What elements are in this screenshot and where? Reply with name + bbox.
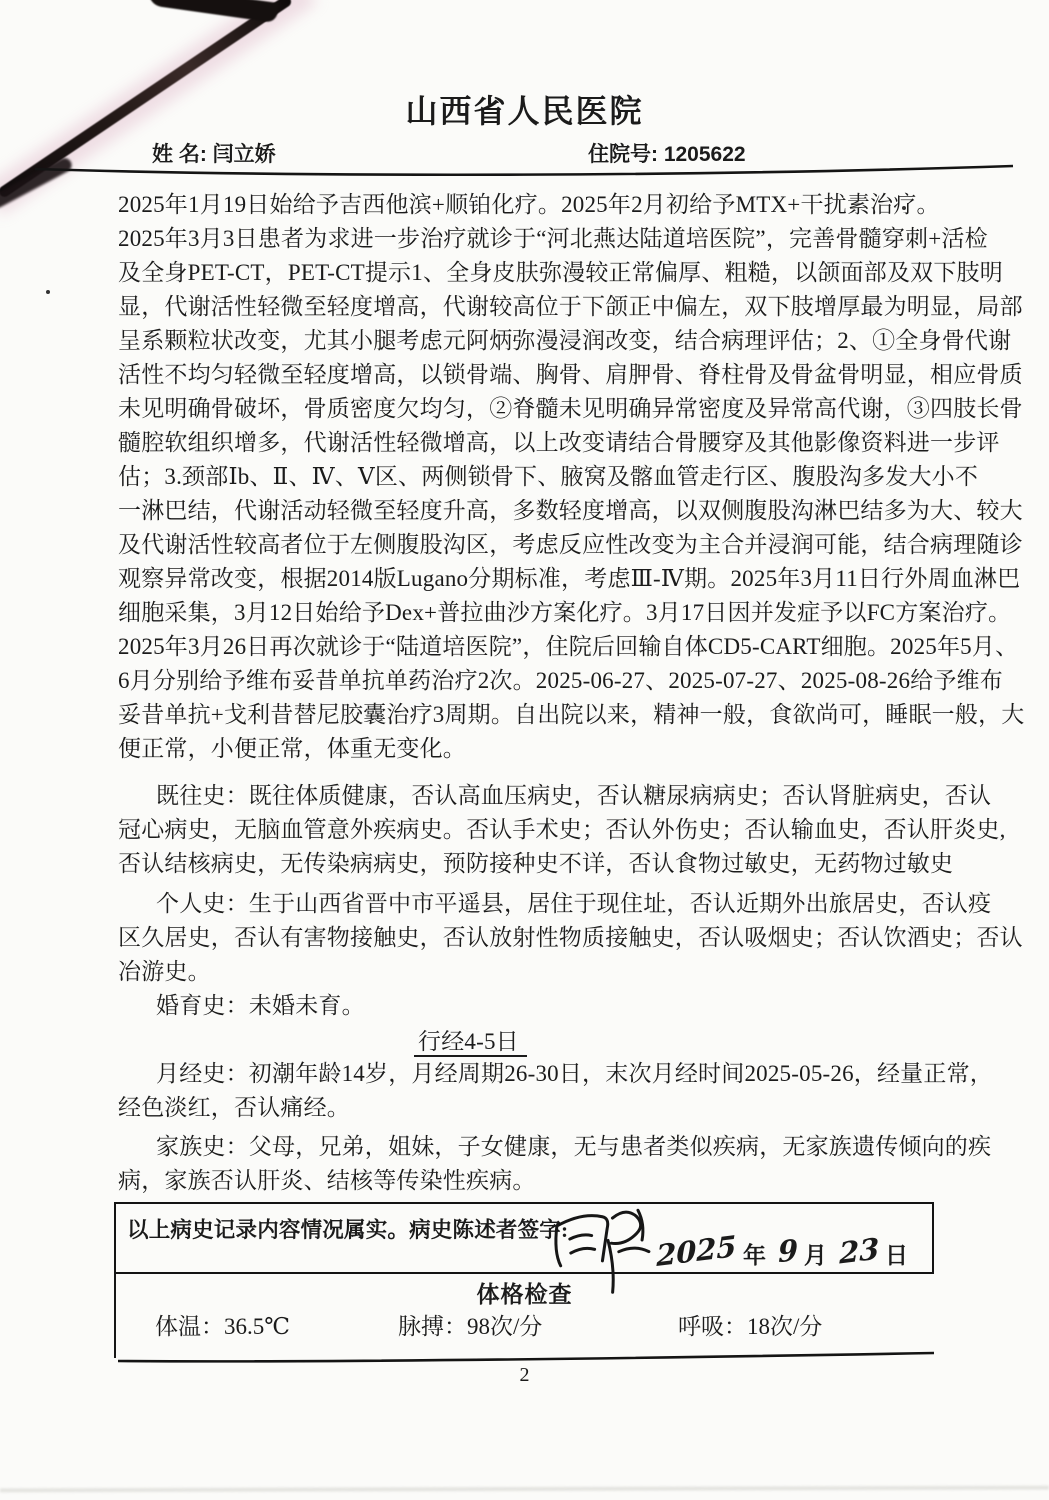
menstrual-history-section: 行经4-5日 月经史：初潮年龄14岁，月经周期26-30日，末次月经时间2025… — [118, 1027, 942, 1125]
family-history-section: 家族史：父母，兄弟，姐妹，子女健康，无与患者类似疾病，无家族遗传倾向的疾 病，家… — [118, 1130, 942, 1198]
history-line: 2025年3月26日再次就诊于“陆道培医院”，住院后回输自体CD5-CART细胞… — [118, 630, 942, 664]
history-line: 及代谢活性较高者位于左侧腹股沟区，考虑反应性改变为主合并浸润可能，结合病理随诊 — [118, 528, 942, 562]
family-history-line: 家族史：父母，兄弟，姐妹，子女健康，无与患者类似疾病，无家族遗传倾向的疾 — [118, 1130, 942, 1164]
past-history-section: 既往史：既往体质健康，否认高血压病史，否认糖尿病病史；否认肾脏病史，否认 冠心病… — [118, 779, 942, 881]
month-label: 月 — [804, 1243, 827, 1268]
history-line: 一淋巴结，代谢活动轻微至轻度升高，多数轻度增高，以双侧腹股沟淋巴结多为大、较大 — [118, 494, 942, 528]
scan-edge-band — [0, 1486, 1049, 1493]
menses-duration-note: 行经4-5日 — [118, 1027, 942, 1057]
respiration-reading: 呼吸：18次/分 — [678, 1308, 822, 1341]
history-line: 活性不均匀轻微至轻度增高，以锁骨端、胸骨、肩胛骨、脊柱骨及骨盆骨明显，相应骨质 — [118, 358, 942, 392]
pulse-reading: 脉搏：98次/分 — [398, 1308, 542, 1341]
history-line: 6月分别给予维布妥昔单抗单药治疗2次。2025-06-27、2025-07-27… — [118, 664, 942, 698]
attestation-box: 以上病史记录内容情况属实。病史陈述者签字: 2025年 9月 23日 — [114, 1202, 934, 1274]
marital-history-line: 婚育史：未婚未育。 — [118, 989, 942, 1023]
history-line: 细胞采集，3月12日始给予Dex+普拉曲沙方案化疗。3月17日因并发症予以FC方… — [118, 596, 942, 630]
history-line: 观察异常改变，根据2014版Lugano分期标准，考虑Ⅲ-Ⅳ期。2025年3月1… — [118, 562, 942, 596]
history-line: 妥昔单抗+戈利昔替尼胶囊治疗3周期。自出院以来，精神一般，食欲尚可，睡眠一般，大 — [118, 698, 942, 732]
physical-exam-title: 体格检查 — [0, 1276, 1049, 1309]
medical-record-page: 山西省人民医院 姓 名: 闫立娇 住院号: 1205622 2025年1月19日… — [0, 0, 1049, 1500]
menstrual-history-line: 经色淡红，否认痛经。 — [118, 1091, 942, 1125]
pulse-label: 脉搏： — [398, 1314, 467, 1339]
history-line: 及全身PET-CT，PET-CT提示1、全身皮肤弥漫较正常偏厚、粗糙，以颌面部及… — [118, 256, 942, 290]
history-of-present-illness: 2025年1月19日始给予吉西他滨+顺铂化疗。2025年2月初给予MTX+干扰素… — [118, 188, 942, 1198]
respiration-value: 18次/分 — [747, 1314, 822, 1339]
vitals-row: 体温：36.5℃ 脉搏：98次/分 呼吸：18次/分 — [0, 1308, 1049, 1340]
day-label: 日 — [885, 1243, 908, 1268]
past-history-line: 否认结核病史，无传染病病史，预防接种史不详，否认食物过敏史，无药物过敏史 — [118, 847, 942, 881]
history-line: 显，代谢活性轻微至轻度增高，代谢较高位于下颌正中偏左，双下肢增厚最为明显，局部 — [118, 290, 942, 324]
bottom-divider-line — [116, 1350, 936, 1364]
hospital-title: 山西省人民医院 — [0, 86, 1049, 132]
pulse-value: 98次/分 — [467, 1314, 542, 1339]
page-number: 2 — [0, 1364, 1049, 1387]
date-month-handwritten: 9 — [777, 1233, 798, 1270]
past-history-line: 冠心病史，无脑血管意外疾病史。否认手术史；否认外伤史；否认输血史，否认肝炎史, — [118, 813, 942, 847]
temperature-reading: 体温：36.5℃ — [155, 1308, 290, 1341]
date-day-handwritten: 23 — [838, 1231, 879, 1270]
history-line: 2025年1月19日始给予吉西他滨+顺铂化疗。2025年2月初给予MTX+干扰素… — [118, 188, 942, 222]
personal-history-section: 个人史：生于山西省晋中市平遥县，居住于现住址，否认近期外出旅居史，否认疫 区久居… — [118, 887, 942, 989]
year-label: 年 — [743, 1243, 766, 1268]
date-year-handwritten: 2025 — [656, 1229, 737, 1273]
attestation-date: 2025年 9月 23日 — [650, 1236, 908, 1270]
header-divider-line — [33, 162, 1015, 180]
history-line: 呈系颗粒状改变，尤其小腿考虑元阿炳弥漫浸润改变，结合病理评估；2、①全身骨代谢 — [118, 324, 942, 358]
history-line: 2025年3月3日患者为求进一步治疗就诊于“河北燕达陆道培医院”，完善骨髓穿刺+… — [118, 222, 942, 256]
personal-history-line: 区久居史，否认有害物接触史，否认放射性物质接触史，否认吸烟史；否认饮酒史；否认 — [118, 921, 942, 955]
scan-artifact-blob — [147, 0, 279, 23]
history-line: 髓腔软组织增多，代谢活性轻微增高，以上改变请结合骨腰穿及其他影像资料进一步评 — [118, 426, 942, 460]
history-line: 未见明确骨破坏，骨质密度欠均匀，②脊髓未见明确异常密度及异常高代谢，③四肢长骨 — [118, 392, 942, 426]
personal-history-line: 个人史：生于山西省晋中市平遥县，居住于现住址，否认近期外出旅居史，否认疫 — [118, 887, 942, 921]
respiration-label: 呼吸： — [678, 1314, 747, 1339]
temperature-value: 36.5℃ — [224, 1314, 290, 1339]
scan-speck — [46, 290, 50, 294]
history-line: 估；3.颈部Ⅰb、Ⅱ、Ⅳ、Ⅴ区、两侧锁骨下、腋窝及髂血管走行区、腹股沟多发大小不 — [118, 460, 942, 494]
temperature-label: 体温： — [155, 1314, 224, 1339]
personal-history-line: 冶游史。 — [118, 955, 942, 989]
attestation-statement: 以上病史记录内容情况属实。病史陈述者签字: — [127, 1213, 568, 1244]
menses-duration-text: 行经4-5日 — [414, 1029, 527, 1057]
menstrual-history-line: 月经史：初潮年龄14岁，月经周期26-30日，末次月经时间2025-05-26，… — [118, 1057, 942, 1091]
past-history-line: 既往史：既往体质健康，否认高血压病史，否认糖尿病病史；否认肾脏病史，否认 — [118, 779, 942, 813]
family-history-line: 病，家族否认肝炎、结核等传染性疾病。 — [118, 1164, 942, 1198]
history-line: 便正常，小便正常，体重无变化。 — [118, 732, 942, 766]
